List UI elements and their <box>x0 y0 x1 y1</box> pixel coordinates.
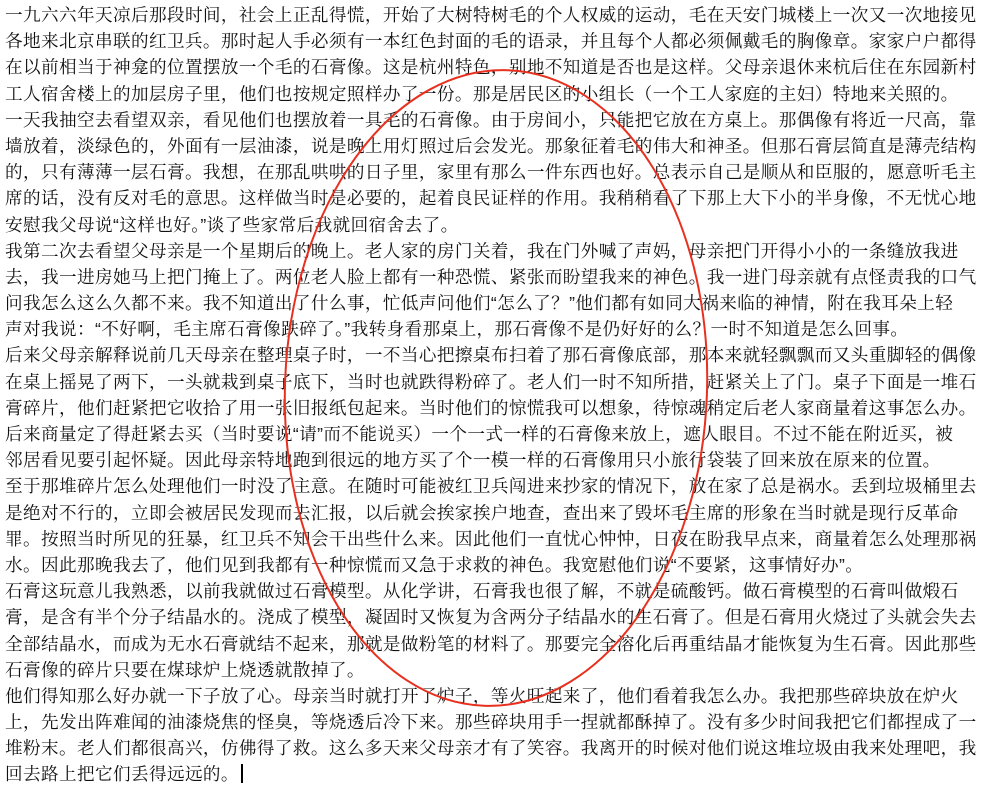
text-line: 他们得知那么好办就一下子放了心。母亲当时就打开了炉子，等火旺起来了，他们看着我怎… <box>5 683 1000 709</box>
text-line: 石膏像的碎片只要在煤球炉上烧透就散掉了。 <box>5 657 1000 683</box>
text-line-content: 石膏这玩意儿我熟悉，以前我就做过石膏模型。从化学讲，石膏我也很了解，不就是硫酸钙… <box>5 581 959 601</box>
text-line: 问我怎么这么久都不来。我不知道出了什么事，忙低声问他们“怎么了？”他们都有如同大… <box>5 290 1000 316</box>
text-line: 在以前相当于神龛的位置摆放一个毛的石膏像。这是杭州特色，别地不知道是否也是这样。… <box>5 54 1000 80</box>
text-line: 去，我一进房她马上把门掩上了。两位老人脸上都有一种恐慌、紧张而盼望我来的神色。我… <box>5 264 1000 290</box>
text-line-content: 后来父母亲解释说前几天母亲在整理桌子时，一不当心把擦桌布扫着了那石膏像底部，那本… <box>5 345 977 365</box>
text-line-content: 安慰我父母说“这样也好。”谈了些家常后我就回宿舍去了。 <box>5 215 459 235</box>
text-line: 后来父母亲解释说前几天母亲在整理桌子时，一不当心把擦桌布扫着了那石膏像底部，那本… <box>5 342 1000 368</box>
text-line: 声对我说：“不好啊，毛主席石膏像跌碎了。”我转身看那桌上，那石膏像不是仍好好的么… <box>5 316 1000 342</box>
text-line-content: 堆粉末。老人们都很高兴，仿佛得了救。这么多天来父母亲才有了笑容。我离开的时候对他… <box>5 738 977 758</box>
text-line-content: 至于那堆碎片怎么处理他们一时没了主意。在随时可能被红卫兵闯进来抄家的情况下，放在… <box>5 476 977 496</box>
text-line-content: 去，我一进房她马上把门掩上了。两位老人脸上都有一种恐慌、紧张而盼望我来的神色。我… <box>5 267 977 287</box>
text-line: 全部结晶水，而成为无水石膏就结不起来，那就是做粉笔的材料了。那要完全溶化后再重结… <box>5 631 1000 657</box>
text-line-content: 声对我说：“不好啊，毛主席石膏像跌碎了。”我转身看那桌上，那石膏像不是仍好好的么… <box>5 319 908 339</box>
text-line: 在桌上摇晃了两下，一头就栽到桌子底下，当时也就跌得粉碎了。老人们一时不知所措，赶… <box>5 369 1000 395</box>
text-line-content: 墙放着，淡绿色的，外面有一层油漆，说是晚上用灯照过后会发光。那象征着毛的伟大和神… <box>5 136 977 156</box>
text-line: 各地来北京串联的红卫兵。那时起人手必须有一本红色封面的毛的语录，并且每个人都必须… <box>5 28 1000 54</box>
text-line: 堆粉末。老人们都很高兴，仿佛得了救。这么多天来父母亲才有了笑容。我离开的时候对他… <box>5 735 1000 761</box>
text-line-content: 问我怎么这么久都不来。我不知道出了什么事，忙低声问他们“怎么了？”他们都有如同大… <box>5 293 953 313</box>
text-line-content: 一天我抽空去看望双亲，看见他们也摆放着一具毛的石膏像。由于房间小，只能把它放在方… <box>5 110 977 130</box>
text-line-content: 在以前相当于神龛的位置摆放一个毛的石膏像。这是杭州特色，别地不知道是否也是这样。… <box>5 57 977 77</box>
text-line-content: 膏，是含有半个分子结晶水的。浇成了模型，凝固时又恢复为含两分子结晶水的生石膏了。… <box>5 607 977 627</box>
text-line-content: 膏碎片，他们赶紧把它收拾了用一张旧报纸包起来。当时他们的惊慌我可以想象，待惊魂稍… <box>5 398 977 418</box>
text-line-content: 各地来北京串联的红卫兵。那时起人手必须有一本红色封面的毛的语录，并且每个人都必须… <box>5 31 977 51</box>
text-line: 我第二次去看望父母亲是一个星期后的晚上。老人家的房门关着，我在门外喊了声妈，母亲… <box>5 238 1000 264</box>
text-line: 罪。按照当时所见的狂暴，红卫兵不知会干出些什么来。因此他们一直忧心忡忡，日夜在盼… <box>5 526 1000 552</box>
text-line: 安慰我父母说“这样也好。”谈了些家常后我就回宿舍去了。 <box>5 212 1000 238</box>
document-page: 一九六六年天凉后那段时间，社会上正乱得慌，开始了大树特树毛的个人权威的运动，毛在… <box>0 0 1000 789</box>
text-line-content: 邻居看见要引起怀疑。因此母亲特地跑到很远的地方买了个一模一样的石膏像用只小旅行袋… <box>5 450 941 470</box>
text-line: 上，先发出阵难闻的油漆烧焦的怪臭，等烧透后冷下来。那些碎块用手一捏就都酥掉了。没… <box>5 709 1000 735</box>
text-line: 席的话，没有反对毛的意思。这样做当时是必要的，起着良民证样的作用。我稍稍看了下那… <box>5 185 1000 211</box>
text-line-content: 他们得知那么好办就一下子放了心。母亲当时就打开了炉子，等火旺起来了，他们看着我怎… <box>5 686 959 706</box>
text-line-content: 我第二次去看望父母亲是一个星期后的晚上。老人家的房门关着，我在门外喊了声妈，母亲… <box>5 241 959 261</box>
text-line-content: 上，先发出阵难闻的油漆烧焦的怪臭，等烧透后冷下来。那些碎块用手一捏就都酥掉了。没… <box>5 712 977 732</box>
text-line: 的，只有薄薄一层石膏。我想，在那乱哄哄的日子里，家里有那么一件东西也好。总表示自… <box>5 159 1000 185</box>
text-line-content: 石膏像的碎片只要在煤球炉上烧透就散掉了。 <box>5 660 365 680</box>
text-line: 邻居看见要引起怀疑。因此母亲特地跑到很远的地方买了个一模一样的石膏像用只小旅行袋… <box>5 447 1000 473</box>
text-line-content: 是绝对不行的，立即会被居民发现而去汇报，以后就会挨家挨户地查，查出来了毁坏毛主席… <box>5 503 959 523</box>
text-line: 后来商量定了得赶紧去买（当时要说“请”而不能说买）一个一式一样的石膏像来放上，遮… <box>5 421 1000 447</box>
text-line-content: 的，只有薄薄一层石膏。我想，在那乱哄哄的日子里，家里有那么一件东西也好。总表示自… <box>5 162 977 182</box>
text-line: 是绝对不行的，立即会被居民发现而去汇报，以后就会挨家挨户地查，查出来了毁坏毛主席… <box>5 500 1000 526</box>
text-line: 至于那堆碎片怎么处理他们一时没了主意。在随时可能被红卫兵闯进来抄家的情况下，放在… <box>5 473 1000 499</box>
text-line: 工人宿舍楼上的加层房子里，他们也按规定照样办了一份。那是居民区的小组长（一个工人… <box>5 81 1000 107</box>
text-line-content: 后来商量定了得赶紧去买（当时要说“请”而不能说买）一个一式一样的石膏像来放上，遮… <box>5 424 953 444</box>
text-line: 墙放着，淡绿色的，外面有一层油漆，说是晚上用灯照过后会发光。那象征着毛的伟大和神… <box>5 133 1000 159</box>
text-line: 回去路上把它们丢得远远的。 <box>5 761 1000 787</box>
text-line-content: 在桌上摇晃了两下，一头就栽到桌子底下，当时也就跌得粉碎了。老人们一时不知所措，赶… <box>5 372 977 392</box>
text-line-content: 水。因此那晚我去了，他们见到我都有一种惊慌而又急于求救的神色。我宽慰他们说“不要… <box>5 555 863 575</box>
text-line: 一九六六年天凉后那段时间，社会上正乱得慌，开始了大树特树毛的个人权威的运动，毛在… <box>5 2 1000 28</box>
text-line-content: 一九六六年天凉后那段时间，社会上正乱得慌，开始了大树特树毛的个人权威的运动，毛在… <box>5 5 977 25</box>
text-line: 膏碎片，他们赶紧把它收拾了用一张旧报纸包起来。当时他们的惊慌我可以想象，待惊魂稍… <box>5 395 1000 421</box>
text-caret <box>241 764 243 783</box>
text-line: 一天我抽空去看望双亲，看见他们也摆放着一具毛的石膏像。由于房间小，只能把它放在方… <box>5 107 1000 133</box>
text-line: 石膏这玩意儿我熟悉，以前我就做过石膏模型。从化学讲，石膏我也很了解，不就是硫酸钙… <box>5 578 1000 604</box>
text-line-content: 回去路上把它们丢得远远的。 <box>5 764 239 784</box>
text-line-content: 全部结晶水，而成为无水石膏就结不起来，那就是做粉笔的材料了。那要完全溶化后再重结… <box>5 634 977 654</box>
text-line-content: 罪。按照当时所见的狂暴，红卫兵不知会干出些什么来。因此他们一直忧心忡忡，日夜在盼… <box>5 529 977 549</box>
text-line: 膏，是含有半个分子结晶水的。浇成了模型，凝固时又恢复为含两分子结晶水的生石膏了。… <box>5 604 1000 630</box>
text-body[interactable]: 一九六六年天凉后那段时间，社会上正乱得慌，开始了大树特树毛的个人权威的运动，毛在… <box>5 2 1000 788</box>
text-line-content: 席的话，没有反对毛的意思。这样做当时是必要的，起着良民证样的作用。我稍稍看了下那… <box>5 188 977 208</box>
text-line: 水。因此那晚我去了，他们见到我都有一种惊慌而又急于求救的神色。我宽慰他们说“不要… <box>5 552 1000 578</box>
text-line-content: 工人宿舍楼上的加层房子里，他们也按规定照样办了一份。那是居民区的小组长（一个工人… <box>5 84 959 104</box>
